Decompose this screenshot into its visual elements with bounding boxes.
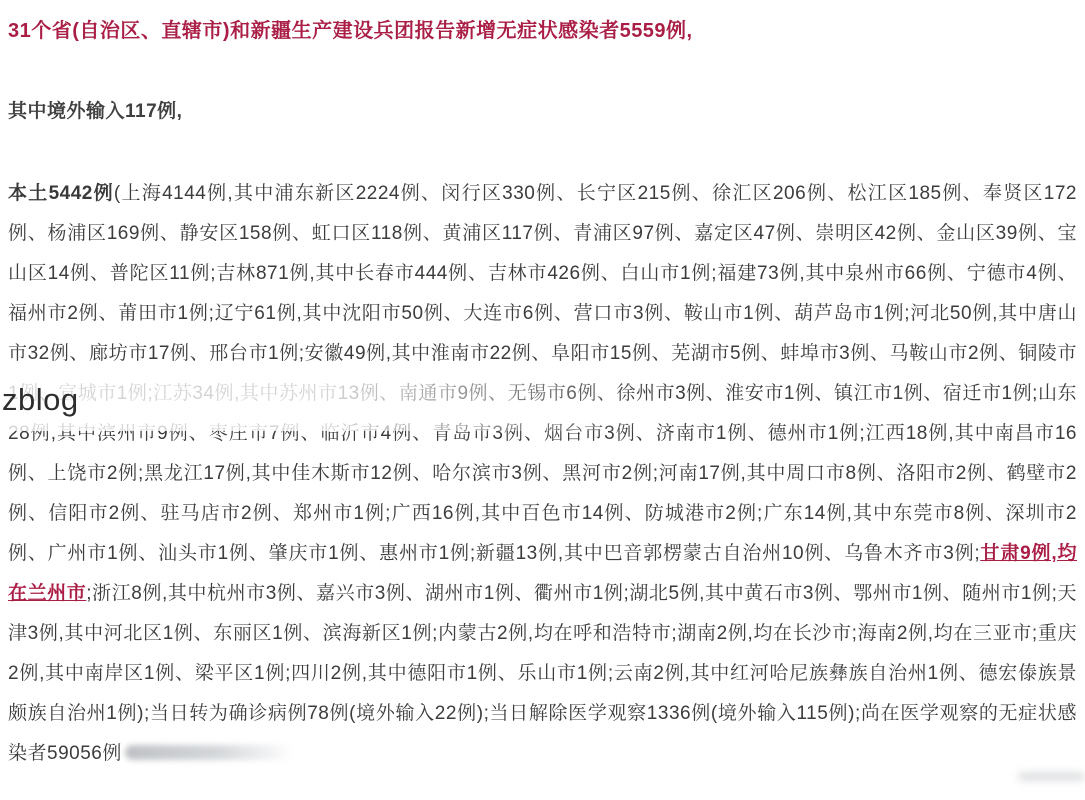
article-headline: 31个省(自治区、直辖市)和新疆生产建设兵团报告新增无症状感染者5559例, xyxy=(8,18,1077,44)
article-page: 31个省(自治区、直辖市)和新疆生产建设兵团报告新增无症状感染者5559例, 其… xyxy=(0,0,1085,800)
article-content: 31个省(自治区、直辖市)和新疆生产建设兵团报告新增无症状感染者5559例, 其… xyxy=(0,0,1085,774)
faint-corner-smudge xyxy=(1018,772,1085,781)
article-body-paragraph: 本土5442例(上海4144例,其中浦东新区2224例、闵行区330例、长宁区2… xyxy=(8,174,1077,774)
domestic-cases-lead: 本土5442例 xyxy=(8,183,114,204)
body-text-before-link: (上海4144例,其中浦东新区2224例、闵行区330例、长宁区215例、徐汇区… xyxy=(8,183,1077,564)
body-text-after-link: ;浙江8例,其中杭州市3例、嘉兴市3例、湖州市1例、衢州市1例;湖北5例,其中黄… xyxy=(8,583,1077,764)
zblog-watermark: zblog xyxy=(2,383,79,417)
blurred-redaction xyxy=(125,745,293,760)
article-subline: 其中境外输入117例, xyxy=(8,100,1077,124)
